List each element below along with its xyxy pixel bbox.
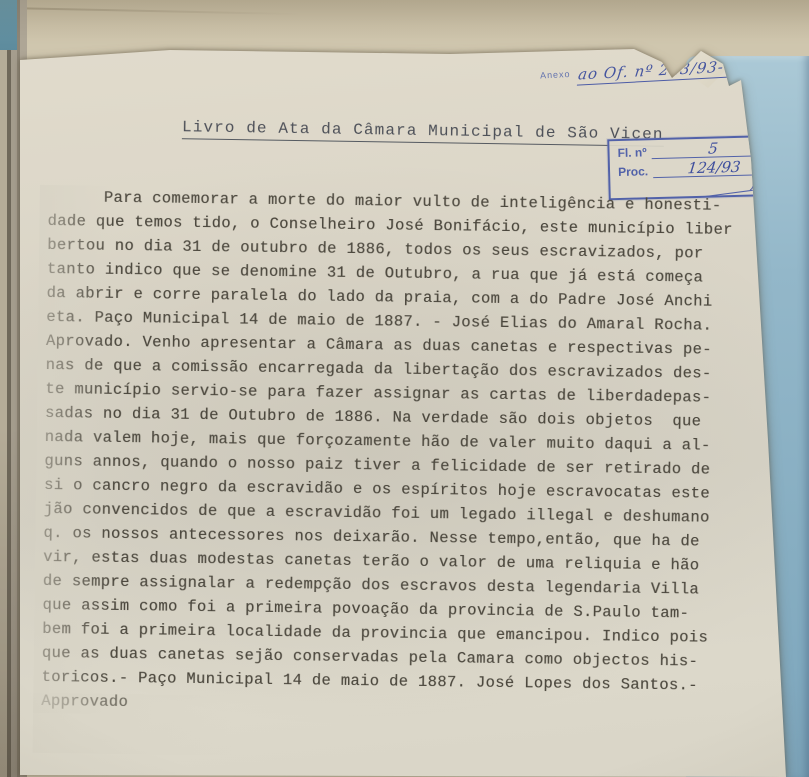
document-page: Anexoao Of. nº 243/93-GP. Livro de Ata d…: [20, 40, 786, 777]
page-shadow-wrap: Anexoao Of. nº 243/93-GP. Livro de Ata d…: [0, 0, 809, 777]
scanned-document-photo: Anexoao Of. nº 243/93-GP. Livro de Ata d…: [0, 0, 809, 777]
process-label: Proc.: [618, 164, 648, 179]
folio-value-handwritten: 5: [652, 140, 775, 159]
folio-label: Fl. nº: [617, 145, 646, 160]
process-value-handwritten: 124/93: [653, 159, 775, 178]
stamp-folio-row: Fl. nº 5: [617, 140, 773, 160]
document-title: Livro de Ata da Câmara Municipal de São …: [182, 118, 664, 147]
annex-reference-handwritten: ao Of. nº 243/93-GP.: [576, 56, 751, 85]
annex-annotation: Anexoao Of. nº 243/93-GP.: [540, 57, 751, 88]
process-stamp-box: Fl. nº 5 Proc. 124/93 fm: [607, 135, 785, 201]
document-body: Para comemorar a morte do maior vulto de…: [41, 185, 762, 722]
annex-stamp-label: Anexo: [540, 69, 571, 81]
